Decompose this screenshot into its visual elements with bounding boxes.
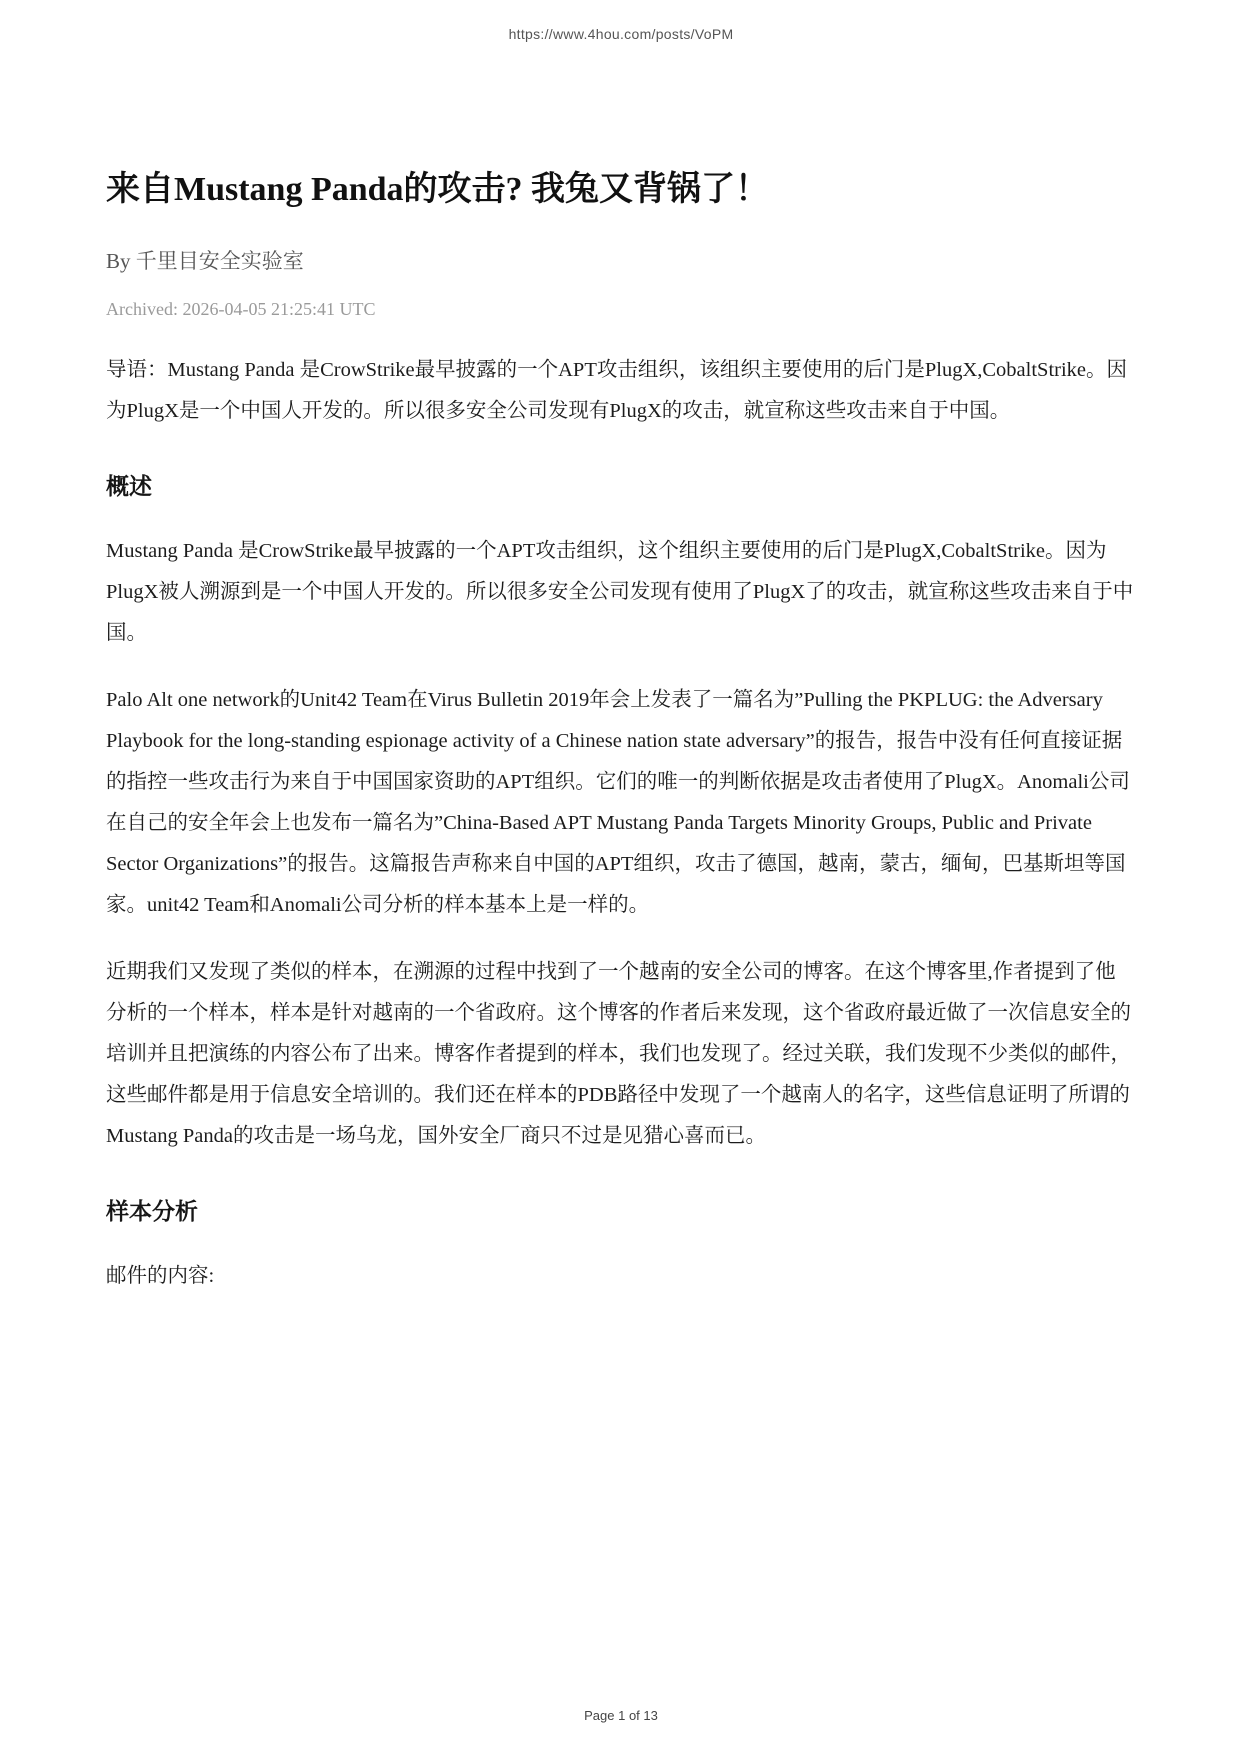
overview-paragraph-2: Palo Alt one network的Unit42 Team在Virus B… [106,680,1136,926]
sample-analysis-paragraph-1: 邮件的内容: [106,1256,1136,1297]
overview-paragraph-3: 近期我们又发现了类似的样本，在溯源的过程中找到了一个越南的安全公司的博客。在这个… [106,952,1136,1157]
page-number: Page 1 of 13 [0,1708,1242,1723]
overview-paragraph-1: Mustang Panda 是CrowStrike最早披露的一个APT攻击组织，… [106,531,1136,654]
article-byline: By 千里目安全实验室 [106,245,1136,275]
lead-paragraph: 导语：Mustang Panda 是CrowStrike最早披露的一个APT攻击… [106,350,1136,432]
archived-timestamp: Archived: 2026-04-05 21:25:41 UTC [106,299,1136,320]
page-url: https://www.4hou.com/posts/VoPM [0,0,1242,42]
article-title: 来自Mustang Panda的攻击? 我兔又背锅了！ [106,170,1136,211]
section-heading-sample-analysis: 样本分析 [106,1193,1136,1226]
article: 来自Mustang Panda的攻击? 我兔又背锅了！ By 千里目安全实验室 … [0,170,1242,1297]
section-heading-overview: 概述 [106,468,1136,501]
document-page: https://www.4hou.com/posts/VoPM 来自Mustan… [0,0,1242,1756]
